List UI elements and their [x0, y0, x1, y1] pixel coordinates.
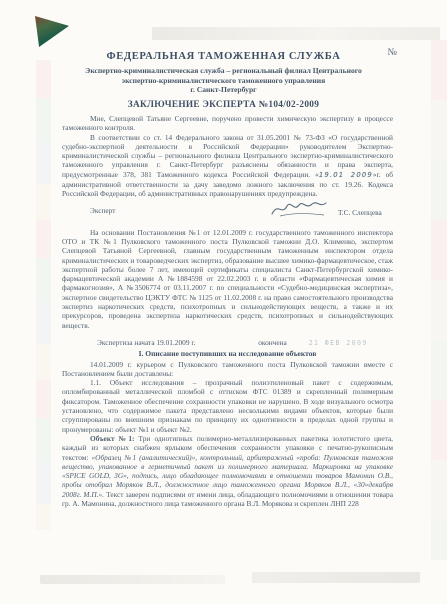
branch-line-2: экспертно-криминалистического таможенног…	[0, 76, 447, 86]
branch-line-1: Экспертно-криминалистическая служба – ре…	[0, 66, 447, 76]
paragraph-delivery: 14.01.2009 г. курьером с Пулковского там…	[62, 360, 393, 379]
paragraph-object-research: 1.1. Объект исследования – прозрачный по…	[62, 378, 393, 434]
exam-finished-label: окончена	[258, 338, 287, 347]
document-body: Мне, Слепцевой Татьяне Сергеевне, поруче…	[62, 114, 393, 508]
signature-icon	[270, 198, 332, 222]
expert-signature-row: Эксперт Т.С. Слепцева	[62, 206, 393, 223]
paragraph-legal: В соответствии со ст. 14 Федерального за…	[62, 133, 393, 199]
object1-label: Объект №1:	[90, 434, 134, 443]
corner-fold-icon	[35, 16, 69, 47]
scan-noise-right	[431, 40, 447, 560]
expert-name: Т.С. Слепцева	[338, 208, 382, 217]
scan-streak-bottom-right	[252, 572, 420, 583]
date-stamp: 21 ФЕВ 2009	[309, 339, 368, 347]
letterhead: ФЕДЕРАЛЬНАЯ ТАМОЖЕННАЯ СЛУЖБА Экспертно-…	[0, 51, 447, 95]
section1-heading: I. Описание поступивших на исследование …	[62, 349, 393, 358]
scan-streak-top	[152, 27, 440, 40]
paragraph-basis: На основании Постановления №1 от 12.01.2…	[62, 228, 393, 330]
handwritten-date: 19.01 2009	[319, 171, 373, 179]
paragraph-object1: Объект №1: Три однотипных полимерно-мета…	[62, 434, 393, 508]
scan-streak-bottom-left	[40, 575, 225, 584]
expert-label: Эксперт	[90, 206, 115, 215]
document-page: № ФЕДЕРАЛЬНАЯ ТАМОЖЕННАЯ СЛУЖБА Экспертн…	[0, 0, 447, 604]
doc-title: ЗАКЛЮЧЕНИЕ ЭКСПЕРТА №104/02-2009	[0, 100, 447, 110]
object1-text-2: Текст заверен подписями от имени лица, о…	[62, 490, 393, 508]
exam-timeline-row: Экспертиза начата 19.01.2009 г. окончена…	[62, 338, 393, 348]
paragraph-intro: Мне, Слепцевой Татьяне Сергеевне, поруче…	[62, 114, 393, 133]
branch-line-3: г. Санкт-Петербург	[0, 85, 447, 95]
scan-noise-left	[36, 60, 51, 530]
org-name: ФЕДЕРАЛЬНАЯ ТАМОЖЕННАЯ СЛУЖБА	[0, 51, 447, 62]
exam-started-text: Экспертиза начата 19.01.2009 г.	[97, 338, 195, 347]
